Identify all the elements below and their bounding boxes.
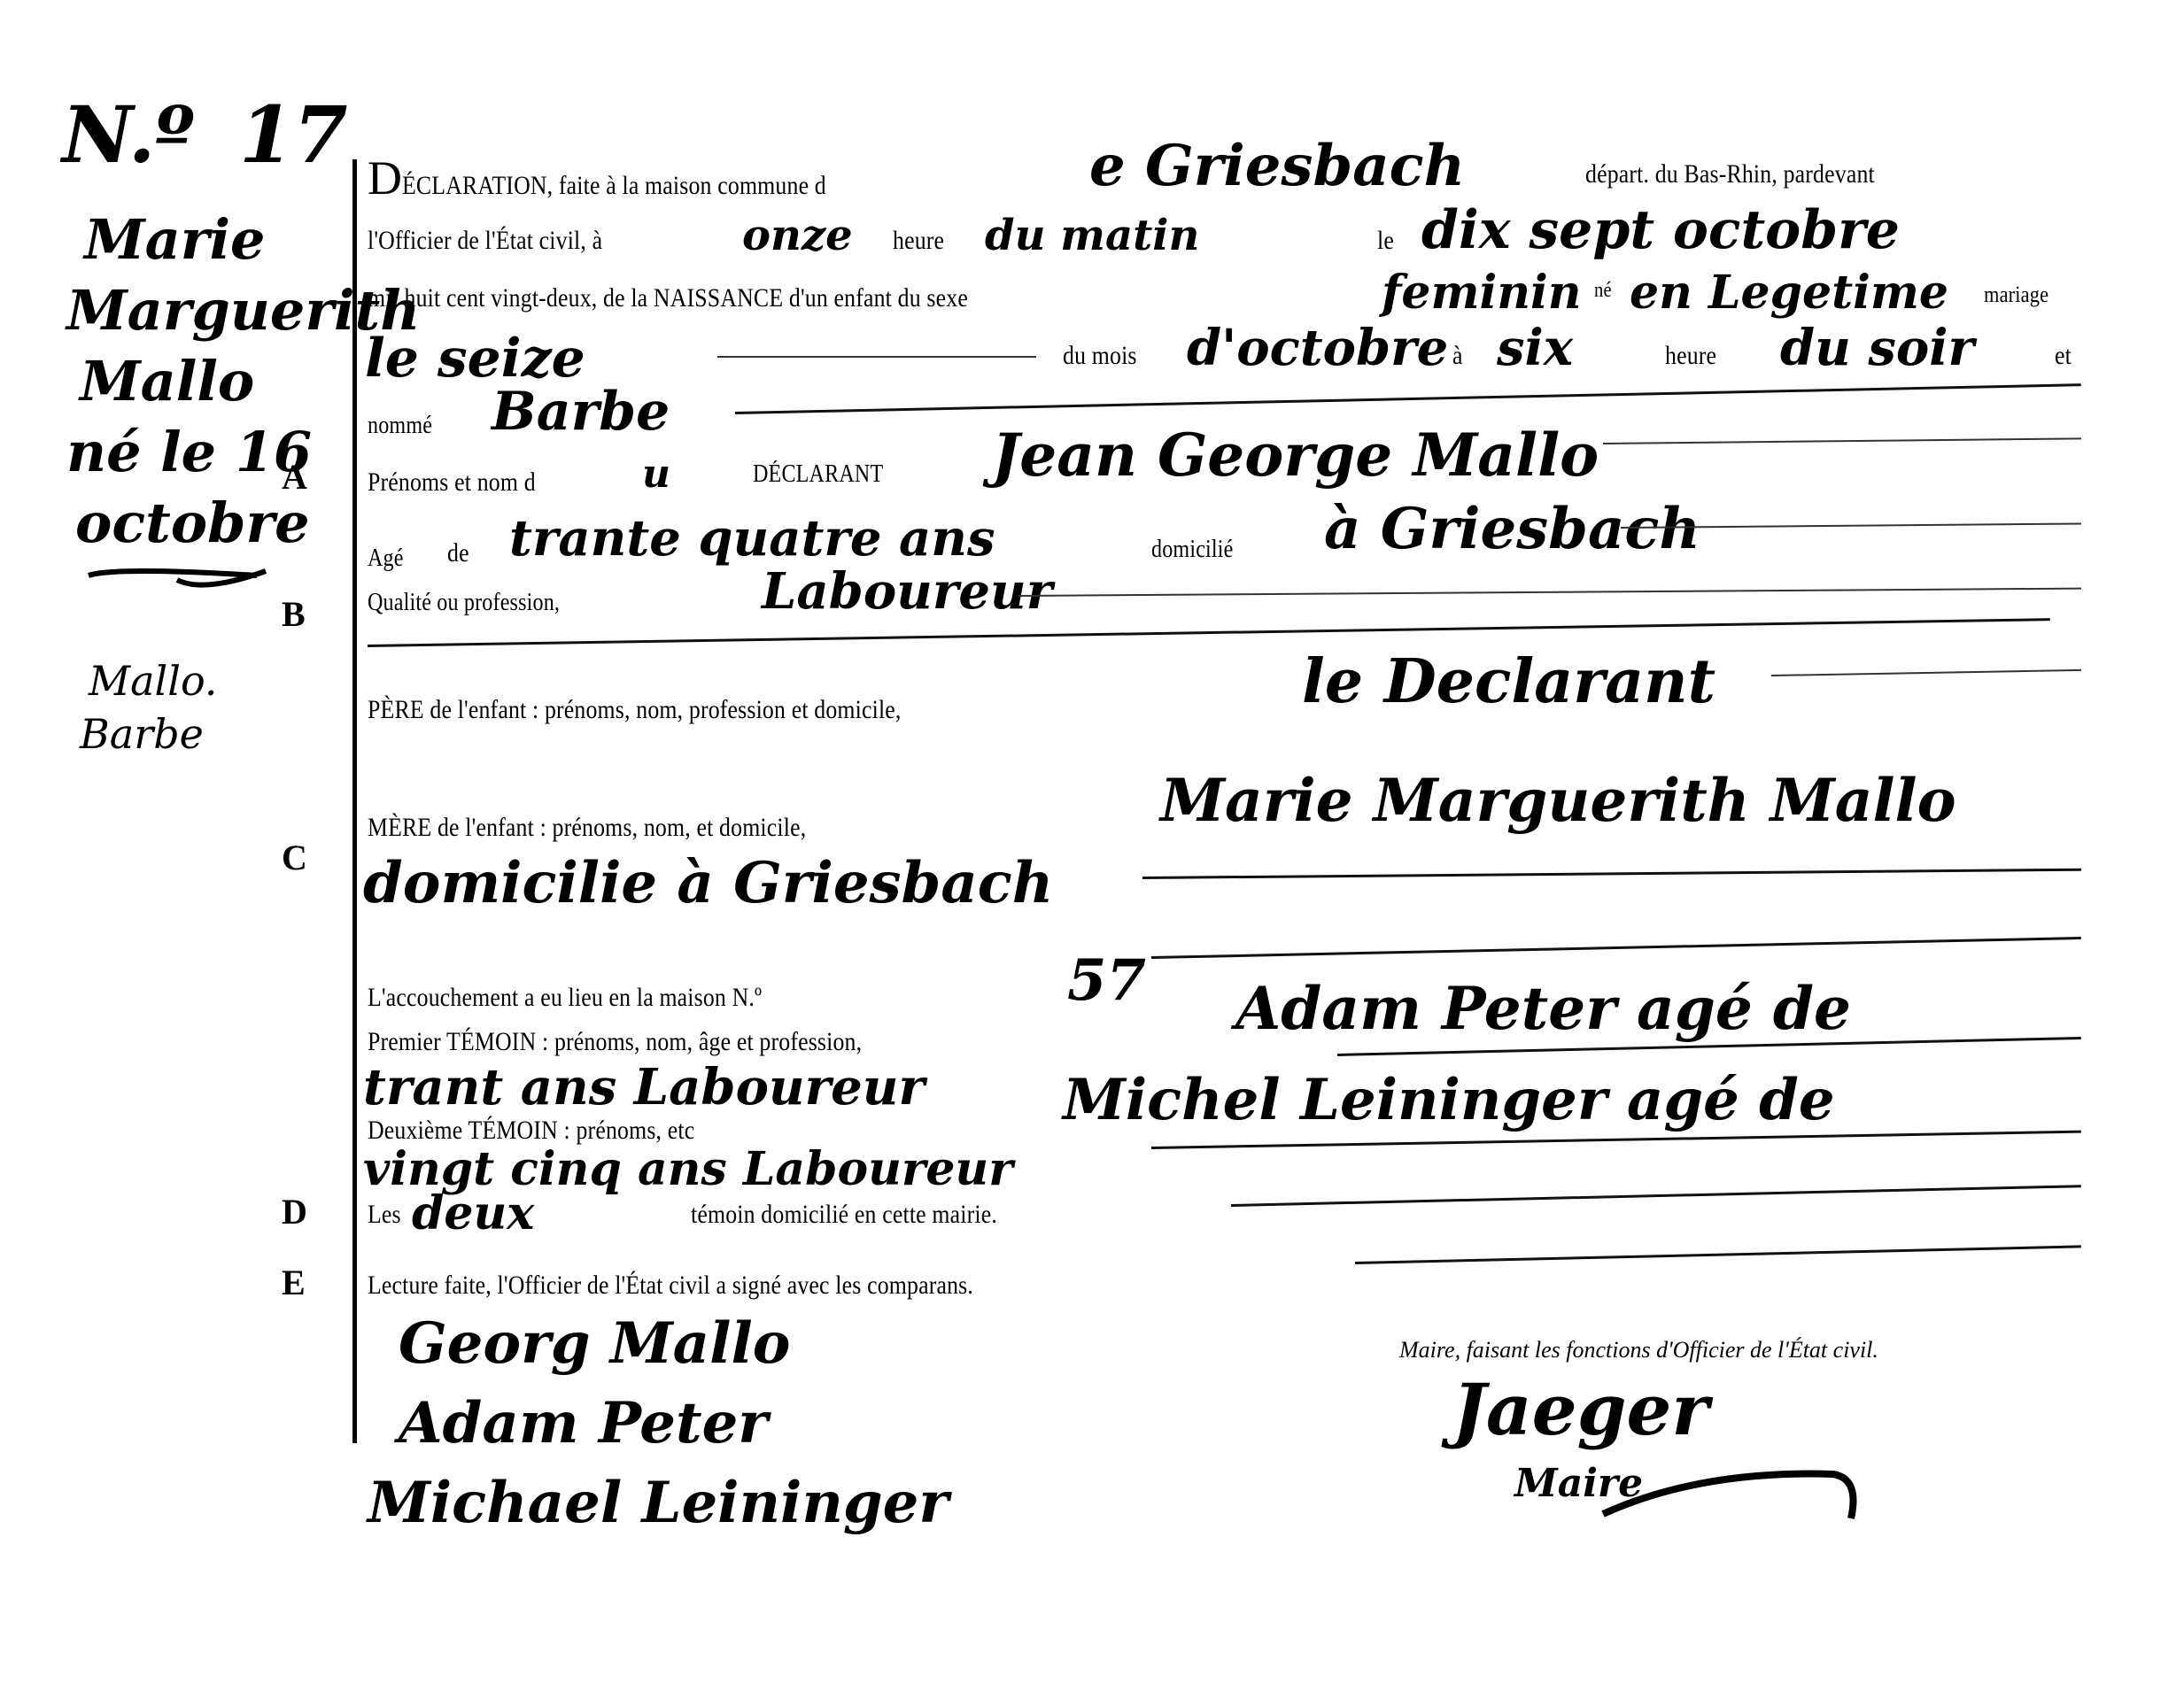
domicile-label: domicilié (1151, 536, 1234, 564)
le-label: le (1377, 226, 1394, 256)
section-letter-b: B (282, 593, 306, 635)
du-mois-label: du mois (1063, 341, 1137, 371)
maison-rule (1151, 937, 2081, 959)
maison-label: L'accouchement a eu lieu en la maison N.… (368, 983, 762, 1013)
temoins-count-value: deux (412, 1186, 534, 1240)
temoin1-value: Adam Peter agé de (1235, 974, 1851, 1043)
naissance-text: mil huit cent vingt-deux, de la NAISSANC… (368, 283, 968, 313)
sex-value: feminin (1382, 266, 1582, 320)
age-de-label: de (447, 538, 469, 568)
legitimacy-value: en Legetime (1630, 266, 1948, 320)
section-letter-a: A (282, 456, 307, 498)
pere-value: le Declarant (1302, 646, 1715, 717)
et-label: et (2055, 341, 2072, 371)
officier-text: l'Officier de l'État civil, à (368, 226, 602, 256)
profession-rule (1018, 588, 2081, 597)
mere-value: Marie Marguerith Mallo (1160, 766, 1956, 835)
margin-child-name-3: Mallo (80, 354, 254, 409)
declarant-rule (1603, 437, 2081, 444)
a-label: à (1452, 341, 1463, 371)
mere-value-line2: domicilie à Griesbach (363, 850, 1053, 916)
declaration-line: DÉCLARATION, faite à la maison commune d (368, 151, 895, 205)
nomme-rule (735, 383, 2081, 414)
temoin2-label: Deuxième TÉMOIN : prénoms, etc (368, 1116, 694, 1146)
maire-flourish (1594, 1452, 1860, 1532)
margin-child-name-1: Marie (84, 212, 265, 267)
section-letter-e: E (282, 1262, 306, 1303)
declarant-label-text: Prénoms et nom d (368, 467, 536, 497)
section-b-rule (368, 618, 2050, 647)
mere-rule (1142, 869, 2081, 879)
declarant-value: Jean George Mallo (992, 421, 1599, 490)
temoins-rule (1231, 1185, 2081, 1207)
maison-value: 57 (1067, 947, 1146, 1014)
margin-annotation-line-1: Mallo. (89, 655, 217, 708)
temoin1-value-line2: trant ans Laboureur (363, 1058, 925, 1116)
section-letter-c: C (282, 837, 307, 878)
heure-label: heure (893, 226, 944, 256)
blank-rule (717, 356, 1036, 358)
record-number: N.º 17 (62, 89, 348, 181)
drop-cap: D (368, 151, 402, 205)
record-number-value: 17 (239, 89, 347, 181)
declaration-date-value: dix sept octobre (1421, 199, 1900, 261)
record-number-label: N.º (62, 89, 194, 181)
heure-label-2: heure (1665, 341, 1716, 371)
lecture-rule (1355, 1245, 2081, 1264)
margin-divider (352, 159, 357, 1443)
section-letter-d: D (282, 1191, 307, 1232)
departement-text: départ. du Bas-Rhin, pardevant (1585, 159, 1875, 189)
declaration-lead: ÉCLARATION, faite à la maison commune d (402, 171, 826, 201)
declarant-suffix: u (642, 452, 670, 497)
birth-hour-value: six (1497, 319, 1573, 377)
age-label: Agé (368, 545, 404, 573)
margin-flourish (80, 540, 310, 629)
hour-value: onze (742, 211, 853, 260)
pere-label: PÈRE de l'enfant : prénoms, nom, profess… (368, 695, 902, 725)
child-name-value: Barbe (492, 381, 670, 443)
signature-comparant-1: Georg Mallo (399, 1310, 790, 1377)
age-value: trante quatre ans (509, 509, 995, 568)
temoins-prefix: Les (368, 1200, 401, 1230)
profession-label: Qualité ou profession, (368, 589, 560, 617)
declarant-caps: DÉCLARANT (753, 460, 883, 489)
mere-label: MÈRE de l'enfant : prénoms, nom, et domi… (368, 813, 806, 843)
commune-value: e Griesbach (1089, 133, 1465, 199)
birth-month-value: d'octobre (1187, 319, 1448, 377)
birth-period-value: du soir (1780, 319, 1974, 377)
signature-comparant-3: Michael Leininger (368, 1470, 949, 1536)
margin-annotation-line-2: Barbe (80, 708, 217, 761)
mariage-label: mariage (1984, 282, 2048, 308)
maire-signature: Jaeger (1452, 1368, 1709, 1451)
temoin1-label: Premier TÉMOIN : prénoms, nom, âge et pr… (368, 1027, 862, 1057)
declarant-label: Prénoms et nom d (368, 467, 536, 498)
lecture-text: Lecture faite, l'Officier de l'État civi… (368, 1271, 973, 1301)
signature-comparant-2: Adam Peter (399, 1390, 768, 1456)
ne-label: né (1594, 279, 1612, 303)
nomme-label: nommé (368, 412, 432, 440)
temoins-domicile-label: témoin domicilié en cette mairie. (691, 1200, 997, 1230)
period-value: du matin (985, 211, 1199, 260)
margin-child-name-4: né le 16 (66, 425, 312, 480)
domicile-value: à Griesbach (1324, 496, 1700, 562)
margin-annotation: Mallo. Barbe (89, 655, 217, 761)
pere-rule (1771, 669, 2081, 676)
temoin2-value: Michel Leininger agé de (1063, 1067, 1835, 1133)
profession-value: Laboureur (762, 562, 1052, 621)
maire-caption: Maire, faisant les fonctions d'Officier … (1399, 1337, 1878, 1363)
